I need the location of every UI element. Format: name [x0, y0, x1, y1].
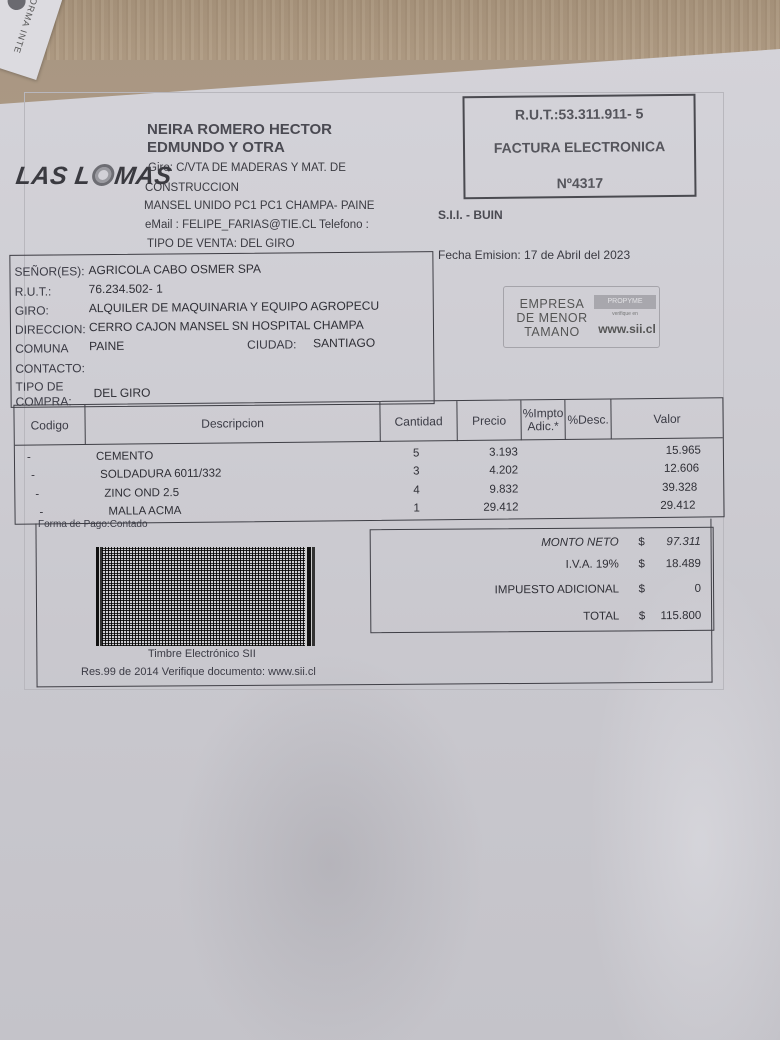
client-name: AGRICOLA CABO OSMER SPA: [88, 262, 261, 278]
item-cantidad: 4: [413, 484, 420, 496]
item-codigo: -: [35, 488, 39, 500]
totals-row: IMPUESTO ADICIONAL$0: [371, 583, 701, 603]
item-precio: 9.832: [489, 483, 518, 495]
header-cantidad: Cantidad: [380, 401, 457, 442]
issuer-rut: R.U.T.:53.311.911- 5: [465, 105, 694, 123]
pyme-badge: EMPRESA DE MENOR TAMANO PROPYME verifiqu…: [503, 286, 660, 348]
item-codigo: -: [27, 452, 31, 464]
header-valor: Valor: [611, 398, 722, 439]
client-label-direccion: DIRECCION:: [15, 322, 86, 337]
header-impto-adic: %Impto Adic.*: [521, 400, 565, 440]
pyme-small-text: verifique en: [594, 311, 656, 317]
stamp-label: Timbre Electrónico SII: [148, 648, 256, 660]
client-giro: ALQUILER DE MAQUINARIA Y EQUIPO AGROPECU: [89, 299, 379, 316]
propyme-label: PROPYME: [594, 295, 656, 309]
totals-amount: 18.489: [666, 558, 701, 570]
item-cantidad: 3: [413, 465, 420, 477]
item-precio: 4.202: [489, 464, 518, 476]
item-precio: 29.412: [483, 501, 518, 513]
item-cantidad: 5: [413, 447, 420, 459]
pyme-text: EMPRESA DE MENOR TAMANO: [512, 297, 592, 339]
client-label-contacto: CONTACTO:: [15, 361, 85, 376]
logo-swirl-icon: [90, 164, 115, 186]
totals-label: IMPUESTO ADICIONAL: [495, 583, 619, 596]
document-id-box: R.U.T.:53.311.911- 5 FACTURA ELECTRONICA…: [462, 94, 696, 199]
pyme-line3: TAMANO: [512, 325, 592, 339]
client-label-senores: SEÑOR(ES):: [14, 264, 84, 279]
client-label-rut: R.U.T.:: [15, 284, 52, 298]
currency-symbol: $: [638, 536, 644, 548]
item-cantidad: 1: [413, 502, 420, 514]
issue-date: Fecha Emision: 17 de Abril del 2023: [438, 248, 630, 262]
issuer-email-phone: eMail : FELIPE_FARIAS@TIE.CL Telefono :: [145, 219, 369, 231]
items-table: Codigo Descripcion Cantidad Precio %Impt…: [13, 397, 724, 524]
document-type: FACTURA ELECTRONICA: [465, 138, 694, 156]
item-valor: 12.606: [664, 463, 699, 475]
item-descripcion: SOLDADURA 6011/332: [100, 468, 221, 481]
sii-office: S.I.I. - BUIN: [438, 208, 503, 222]
item-descripcion: ZINC OND 2.5: [104, 487, 179, 500]
pyme-site: www.sii.cl: [594, 322, 660, 336]
item-descripcion: CEMENTO: [96, 450, 153, 463]
item-valor: 15.965: [666, 445, 701, 457]
client-ciudad: SANTIAGO: [313, 336, 375, 351]
stamp-resolution: Res.99 de 2014 Verifique documento: www.…: [81, 666, 316, 678]
issuer-giro: Giro: C/VTA DE MADERAS Y MAT. DE: [148, 162, 346, 174]
issuer-name-line1: NEIRA ROMERO HECTOR: [147, 121, 332, 139]
client-label-giro: GIRO:: [15, 304, 49, 318]
issuer-name-line2: EDMUNDO Y OTRA: [147, 139, 332, 157]
client-label-ciudad: CIUDAD:: [247, 337, 296, 351]
item-precio: 3.193: [489, 446, 518, 458]
client-label-comuna: COMUNA: [15, 341, 68, 355]
totals-label: MONTO NETO: [541, 536, 619, 549]
issuer-address: MANSEL UNIDO PC1 PC1 CHAMPA- PAINE: [144, 200, 374, 212]
item-codigo: -: [31, 469, 35, 481]
totals-label: I.V.A. 19%: [566, 558, 619, 570]
pyme-line1: EMPRESA: [512, 297, 592, 311]
items-table-header: Codigo Descripcion Cantidad Precio %Impt…: [14, 398, 722, 445]
totals-box: MONTO NETO$97.311I.V.A. 19%$18.489IMPUES…: [370, 527, 715, 633]
totals-amount: 97.311: [666, 536, 700, 548]
client-address: CERRO CAJON MANSEL SN HOSPITAL CHAMPA: [89, 318, 364, 334]
client-comuna: PAINE: [89, 339, 124, 353]
header-descripcion: Descripcion: [85, 402, 380, 445]
document-number: Nº4317: [465, 174, 694, 192]
tipo-compra-label-line1: TIPO DE: [15, 379, 71, 394]
issuer-tipo-venta: TIPO DE VENTA: DEL GIRO: [147, 238, 295, 250]
totals-amount: 0: [695, 583, 701, 595]
wooden-table-background: [0, 0, 780, 60]
header-precio: Precio: [457, 400, 521, 441]
item-valor: 39.328: [662, 482, 697, 494]
client-rut: 76.234.502- 1: [89, 282, 163, 297]
totals-amount: 115.800: [660, 610, 701, 622]
issuer-name: NEIRA ROMERO HECTOR EDMUNDO Y OTRA: [147, 121, 332, 157]
currency-symbol: $: [638, 558, 644, 570]
item-valor: 29.412: [660, 500, 695, 512]
pyme-line2: DE MENOR: [512, 311, 592, 325]
totals-row: MONTO NETO$97.311: [371, 536, 701, 556]
header-desc: %Desc.: [565, 399, 611, 439]
header-codigo: Codigo: [14, 405, 85, 446]
currency-symbol: $: [639, 583, 645, 595]
item-codigo: -: [39, 506, 43, 518]
pdf417-barcode: [96, 547, 315, 646]
totals-rows: MONTO NETO$97.311I.V.A. 19%$18.489IMPUES…: [371, 528, 713, 530]
issuer-giro-cont: CONSTRUCCION: [145, 182, 239, 194]
totals-row: I.V.A. 19%$18.489: [371, 558, 701, 578]
totals-label: TOTAL: [583, 610, 619, 622]
totals-row: TOTAL$115.800: [371, 610, 701, 630]
currency-symbol: $: [639, 610, 645, 622]
header-impto-line2: Adic.*: [527, 420, 558, 433]
client-tipo-compra: DEL GIRO: [93, 386, 150, 400]
client-info-box: SEÑOR(ES): AGRICOLA CABO OSMER SPA R.U.T…: [9, 251, 434, 408]
item-descripcion: MALLA ACMA: [108, 505, 181, 518]
